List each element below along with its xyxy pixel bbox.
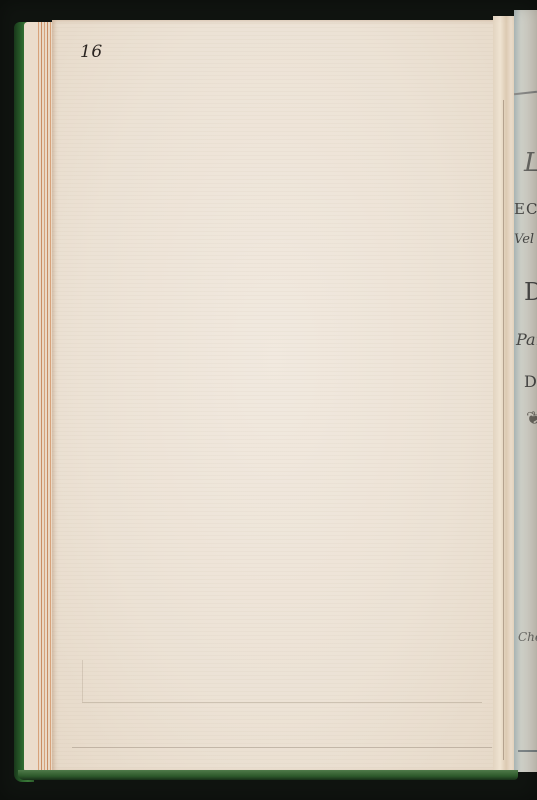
plate-mark-corner bbox=[82, 660, 83, 702]
title-fragment: D bbox=[524, 372, 537, 391]
page-number: 16 bbox=[80, 42, 103, 62]
title-rule-top bbox=[514, 91, 537, 95]
right-page-partial: L ECC Vel qui D Par M D ❦ Che bbox=[514, 10, 537, 772]
book-cover-bottom-edge bbox=[18, 770, 518, 780]
title-fragment: L bbox=[524, 148, 537, 178]
plate-mark-line bbox=[82, 702, 482, 703]
title-fragment: Par M bbox=[516, 330, 537, 349]
bottom-rule bbox=[72, 747, 492, 748]
title-fragment: ECC bbox=[514, 200, 537, 218]
title-rule-bottom bbox=[518, 750, 537, 752]
book-photo: 16 L ECC Vel qui D Par M D ❦ Che bbox=[0, 0, 537, 800]
gutter-fold-line bbox=[503, 100, 504, 760]
ornament-icon: ❦ bbox=[526, 408, 537, 429]
title-fragment: Che bbox=[518, 630, 537, 644]
title-fragment: D bbox=[524, 278, 537, 306]
title-fragment: Vel qui bbox=[514, 232, 537, 247]
left-page-blank: 16 bbox=[52, 20, 497, 772]
